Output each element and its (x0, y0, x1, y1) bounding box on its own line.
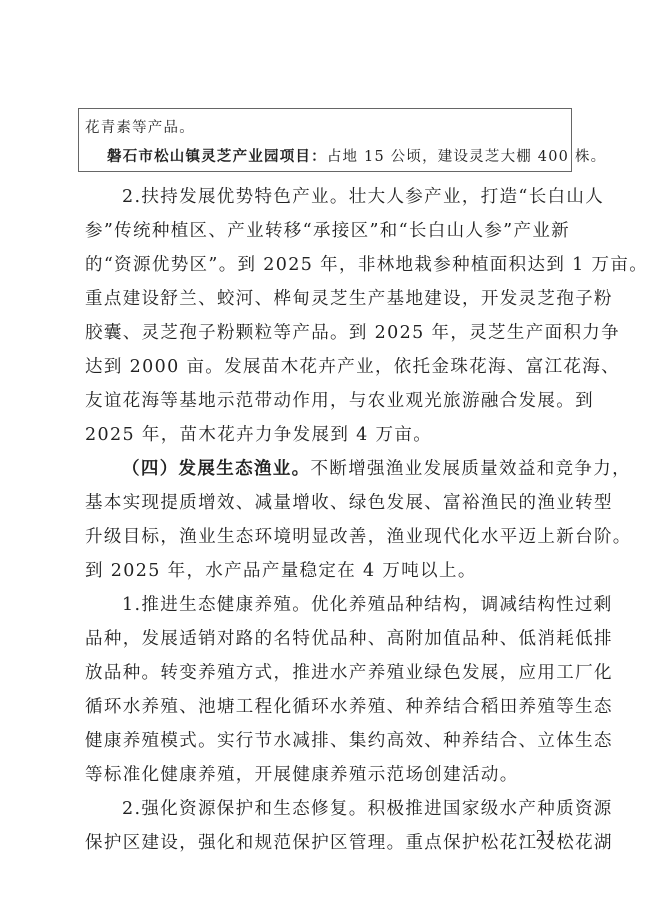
page-number: - 21 - (520, 826, 575, 846)
paragraph-healthy-aquaculture: 1.推进生态健康养殖。优化养殖品种结构，调减结构性过剩 品种，发展适销对路的名特… (85, 588, 567, 792)
callout-project-name: 磐石市松山镇灵芝产业园项目： (107, 148, 327, 165)
text-line: 达到 2000 亩。发展苗木花卉产业，依托金珠花海、富江花海、 (85, 350, 567, 384)
paragraph-ginseng-industry: 2.扶持发展优势特色产业。壮大人参产业，打造“长白山人 参”传统种植区、产业转移… (85, 180, 567, 452)
section-heading: （四）发展生态渔业。 (122, 459, 311, 479)
text-line: 品种，发展适销对路的名特优品种、高附加值品种、低消耗低排 (85, 622, 567, 656)
callout-line-2: 磐石市松山镇灵芝产业园项目：占地 15 公顷，建设灵芝大棚 400 株。 (107, 145, 606, 166)
text-line: 等标准化健康养殖，开展健康养殖示范场创建活动。 (85, 758, 567, 792)
paragraph-resource-protection: 2.强化资源保护和生态修复。积极推进国家级水产种质资源 保护区建设，强化和规范保… (85, 792, 567, 860)
text-line: 胶囊、灵芝孢子粉颗粒等产品。到 2025 年，灵芝生产面积力争 (85, 316, 567, 350)
text-line: 基本实现提质增效、减量增收、绿色发展、富裕渔民的渔业转型 (85, 486, 567, 520)
text-line: 升级目标，渔业生态环境明显改善，渔业现代化水平迈上新台阶。 (85, 520, 567, 554)
text-line: 的“资源优势区”。到 2025 年，非林地栽参种植面积达到 1 万亩。 (85, 248, 567, 282)
text-line: 到 2025 年，水产品产量稳定在 4 万吨以上。 (85, 554, 567, 588)
text-line-content: 不断增强渔业发展质量效益和竞争力， (311, 459, 631, 479)
text-line: 参”传统种植区、产业转移“承接区”和“长白山人参”产业新 (85, 214, 567, 248)
project-callout-box: 花青素等产品。 磐石市松山镇灵芝产业园项目：占地 15 公顷，建设灵芝大棚 40… (78, 108, 572, 172)
text-line: 健康养殖模式。实行节水减排、集约高效、种养结合、立体生态 (85, 724, 567, 758)
paragraph-ecological-fishery: （四）发展生态渔业。不断增强渔业发展质量效益和竞争力， 基本实现提质增效、减量增… (85, 452, 567, 588)
text-line: 重点建设舒兰、蛟河、桦甸灵芝生产基地建设，开发灵芝孢子粉 (85, 282, 567, 316)
text-line: 保护区建设，强化和规范保护区管理。重点保护松花江及松花湖 (85, 826, 567, 860)
callout-project-detail: 占地 15 公顷，建设灵芝大棚 400 株。 (327, 149, 606, 165)
text-line: 2.扶持发展优势特色产业。壮大人参产业，打造“长白山人 (85, 180, 567, 214)
text-line: 放品种。转变养殖方式，推进水产养殖业绿色发展，应用工厂化 (85, 656, 567, 690)
text-line: 循环水养殖、池塘工程化循环水养殖、种养结合稻田养殖等生态 (85, 690, 567, 724)
callout-line-1: 花青素等产品。 (85, 116, 195, 137)
text-line: 2.强化资源保护和生态修复。积极推进国家级水产种质资源 (85, 792, 567, 826)
text-line: 友谊花海等基地示范带动作用，与农业观光旅游融合发展。到 (85, 384, 567, 418)
text-line: （四）发展生态渔业。不断增强渔业发展质量效益和竞争力， (85, 452, 567, 486)
text-line: 2025 年，苗木花卉力争发展到 4 万亩。 (85, 418, 567, 452)
text-line: 1.推进生态健康养殖。优化养殖品种结构，调减结构性过剩 (85, 588, 567, 622)
